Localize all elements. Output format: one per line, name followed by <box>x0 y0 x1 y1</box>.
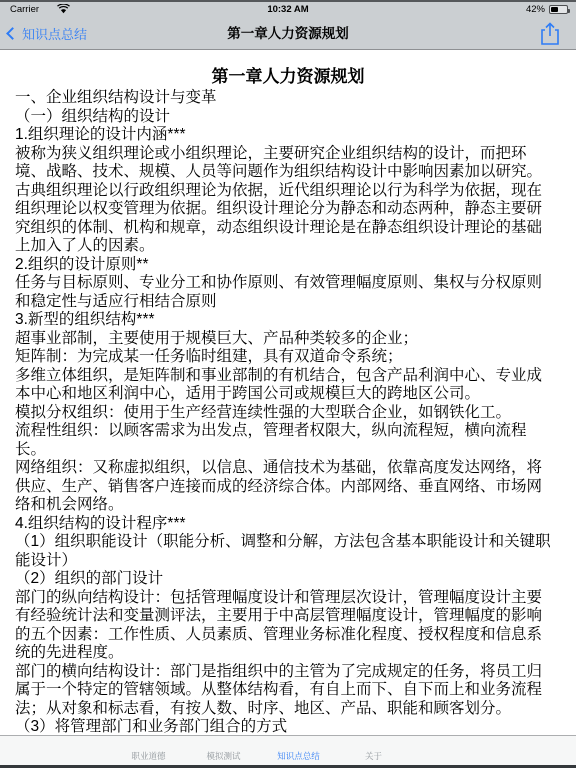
document-line: 一、企业组织结构设计与变革 <box>15 89 576 108</box>
document-title: 第一章人力资源规划 <box>0 67 576 87</box>
top-bars: Carrier 10:32 AM 42% 知识点总结 第一章人力资源规划 <box>0 2 576 50</box>
battery-icon <box>549 5 568 14</box>
tab-item-3[interactable]: 知识点总结 <box>261 750 336 762</box>
document-line: 统的先进程度。 <box>15 644 576 663</box>
document-line: 4.组织结构的设计程序*** <box>15 515 576 534</box>
nav-title: 第一章人力资源规划 <box>100 17 476 50</box>
document-line: 有经验统计法和变量测评法，主要用于中高层管理幅度设计，管理幅度的影响 <box>15 607 576 626</box>
document-scroll-area[interactable]: 第一章人力资源规划 一、企业组织结构设计与变革（一）组织结构的设计1.组织理论的… <box>0 51 576 768</box>
battery-indicator: 42% <box>526 4 568 15</box>
document-line: 网络组织：又称虚拟组织，以信息、通信技术为基础，依靠高度发达网络，将 <box>15 459 576 478</box>
document-line: 1.组织理论的设计内涵*** <box>15 126 576 145</box>
document-body: 一、企业组织结构设计与变革（一）组织结构的设计1.组织理论的设计内涵***被称为… <box>15 89 576 755</box>
document-line: 矩阵制：为完成某一任务临时组建，具有双道命令系统； <box>15 348 576 367</box>
document-line: 境、战略、技术、规模、人员等问题作为组织结构设计中影响因素加以研究。 <box>15 163 576 182</box>
document-line: 络和机会网络。 <box>15 496 576 515</box>
document-line: 究组织的体制、机构和规章，动态组织设计理论是在静态组织设计理论的基础 <box>15 219 576 238</box>
document-line: 3.新型的组织结构*** <box>15 311 576 330</box>
status-bar: Carrier 10:32 AM 42% <box>0 2 576 17</box>
document-line: 流程性组织：以顾客需求为出发点，管理者权限大，纵向流程短，横向流程 <box>15 422 576 441</box>
document-line: 的五个因素：工作性质、人员素质、管理业务标准化程度、授权程度和信息系 <box>15 626 576 645</box>
document-line: 法；从对象和标志看，有按人数、时序、地区、产品、职能和顾客划分。 <box>15 700 576 719</box>
tab-item-1[interactable]: 职业道德 <box>111 750 186 762</box>
app-screen: Carrier 10:32 AM 42% 知识点总结 第一章人力资源规划 <box>0 0 576 768</box>
document-line: 被称为狭义组织理论或小组织理论，主要研究企业组织结构的设计，而把环 <box>15 145 576 164</box>
status-time: 10:32 AM <box>0 4 576 15</box>
document-line: （一）组织结构的设计 <box>15 108 576 127</box>
document-line: （1）组织职能设计（职能分析、调整和分解，方法包含基本职能设计和关键职 <box>15 533 576 552</box>
tab-row: 职业道德模拟测试知识点总结关于 <box>111 750 411 762</box>
document-line: 部门的横向结构设计：部门是指组织中的主管为了完成规定的任务，将员工归 <box>15 663 576 682</box>
document-line: 超事业部制，主要使用于规模巨大、产品种类较多的企业； <box>15 330 576 349</box>
document-line: 2.组织的设计原则** <box>15 256 576 275</box>
document-line: 长。 <box>15 441 576 460</box>
document-line: 属于一个特定的管辖领域。从整体结构看，有自上而下、自下而上和业务流程 <box>15 681 576 700</box>
back-button[interactable]: 知识点总结 <box>8 17 87 50</box>
document-line: 组织理论以权变管理为依据。组织设计理论分为静态和动态两种，静态主要研 <box>15 200 576 219</box>
document-line: 古典组织理论以行政组织理论为依据，近代组织理论以行为科学为依据，现在 <box>15 182 576 201</box>
document-line: 和稳定性与适应行相结合原则 <box>15 293 576 312</box>
tab-bar: 职业道德模拟测试知识点总结关于 <box>0 735 576 768</box>
document-line: 上加入了人的因素。 <box>15 237 576 256</box>
document-line: （2）组织的部门设计 <box>15 570 576 589</box>
document-line: 模拟分权组织：使用于生产经营连续性强的大型联合企业，如钢铁化工。 <box>15 404 576 423</box>
share-icon[interactable] <box>540 22 560 46</box>
document-line: 任务与目标原则、专业分工和协作原则、有效管理幅度原则、集权与分权原则 <box>15 274 576 293</box>
document-line: 能设计） <box>15 552 576 571</box>
navigation-bar: 知识点总结 第一章人力资源规划 <box>0 17 576 50</box>
document-line: 供应、生产、销售客户连接而成的经济综合体。内部网络、垂直网络、市场网 <box>15 478 576 497</box>
document-line: 本中心和地区利润中心，适用于跨国公司或规模巨大的跨地区公司。 <box>15 385 576 404</box>
document-line: 多维立体组织，是矩阵制和事业部制的有机结合，包含产品利润中心、专业成 <box>15 367 576 386</box>
battery-percent-label: 42% <box>526 4 545 15</box>
document-line: 部门的纵向结构设计：包括管理幅度设计和管理层次设计，管理幅度设计主要 <box>15 589 576 608</box>
back-button-label: 知识点总结 <box>22 24 87 43</box>
tab-item-4[interactable]: 关于 <box>336 750 411 762</box>
document-line: （3）将管理部门和业务部门组合的方式 <box>15 718 576 737</box>
chevron-left-icon <box>6 27 19 40</box>
tab-item-2[interactable]: 模拟测试 <box>186 750 261 762</box>
